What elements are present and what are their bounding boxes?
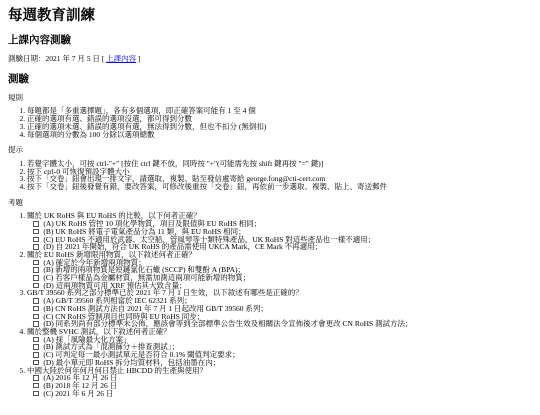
hints-label: 提示 xyxy=(8,146,540,154)
quiz-section-title: 測驗 xyxy=(8,74,540,86)
rules-list: 每題都是「多重選擇題」，各有多個選項，即正確答案可能有 1 至 4 個 正確的選… xyxy=(8,107,540,138)
option-checkbox[interactable] xyxy=(33,337,39,343)
subtitle: 上課內容測驗 xyxy=(8,35,540,47)
options-list: (A) 2016 年 12 月 26 日 (B) 2018 年 12 月 26 … xyxy=(27,374,540,397)
option-checkbox[interactable] xyxy=(33,221,39,227)
option-checkbox[interactable] xyxy=(33,275,39,281)
question-item: 中國大陸於何年何月何日禁止 HBCDD 的生產與使用？ (A) 2016 年 1… xyxy=(27,367,540,398)
course-content-link[interactable]: 上課內容 xyxy=(106,54,136,63)
option-checkbox[interactable] xyxy=(33,344,39,350)
option-checkbox[interactable] xyxy=(33,229,39,235)
options-list: (A) UK RoHS 管控 10 項化學物質，項目及限值與 EU RoHS 相… xyxy=(27,220,540,251)
date-line: 測驗日期：2021 年 7 月 5 日 [ 上課內容 ] xyxy=(8,55,540,63)
question-item: 關於 EU RoHS 新增限用物質，以下敘述何者正確？ (A) 確定於今年新增兩… xyxy=(27,251,540,290)
option-label: (C) 2021 年 6 月 26 日 xyxy=(43,389,113,398)
question-item: GB/T 39560 系列之部分標準已於 2021 年 7 月 1 日生效，以下… xyxy=(27,289,540,328)
options-list: (A) GB/T 39560 系列相當於 IEC 62321 系列； (B) C… xyxy=(27,297,540,328)
option-item: (C) 2021 年 6 月 26 日 xyxy=(33,390,540,398)
option-checkbox[interactable] xyxy=(33,298,39,304)
option-checkbox[interactable] xyxy=(33,321,39,327)
option-checkbox[interactable] xyxy=(33,260,39,266)
option-checkbox[interactable] xyxy=(33,391,39,397)
rules-label: 規則 xyxy=(8,94,540,102)
option-checkbox[interactable] xyxy=(33,237,39,243)
option-checkbox[interactable] xyxy=(33,352,39,358)
option-checkbox[interactable] xyxy=(33,314,39,320)
questions-list: 關於 UK RoHS 與 EU RoHS 的比較，以下何者正確？ (A) UK … xyxy=(8,212,540,397)
option-checkbox[interactable] xyxy=(33,244,39,250)
option-checkbox[interactable] xyxy=(33,360,39,366)
question-item: 關於 UK RoHS 與 EU RoHS 的比較，以下何者正確？ (A) UK … xyxy=(27,212,540,251)
rule-item: 每個選項的分數為 100 分除以選項總數 xyxy=(27,131,540,139)
option-checkbox[interactable] xyxy=(33,306,39,312)
question-item: 關於整機 SVHC 測試，以下敘述何者正確？ (A) 採「風險最大化方案」 (B… xyxy=(27,328,540,367)
option-checkbox[interactable] xyxy=(33,267,39,273)
options-list: (A) 採「風險最大化方案」 (B) 測試方式為「混測篩分＋排查測試」； (C)… xyxy=(27,336,540,367)
hints-list: 若覺字體太小，可按 ctrl-"+" [按住 ctrl 鍵不放，同時按 "+"(… xyxy=(8,160,540,191)
options-list: (A) 確定於今年新增兩項物質； (B) 新增的兩項物質是短鏈氯化石蠟 (SCC… xyxy=(27,259,540,290)
option-checkbox[interactable] xyxy=(33,375,39,381)
page-title: 每週教育訓練 xyxy=(8,8,540,24)
option-checkbox[interactable] xyxy=(33,383,39,389)
date-label: 測驗日期：2021 年 7 月 5 日 xyxy=(8,54,100,63)
hint-item: 按下「交卷」鈕後發覺有錯，要改答案，可修改後重按「交卷」鈕，再依前一步選取、複製… xyxy=(27,183,540,191)
questions-label: 考題 xyxy=(8,199,540,207)
quiz-page: { "colors": { "background": "#FFFFFF", "… xyxy=(0,0,540,415)
